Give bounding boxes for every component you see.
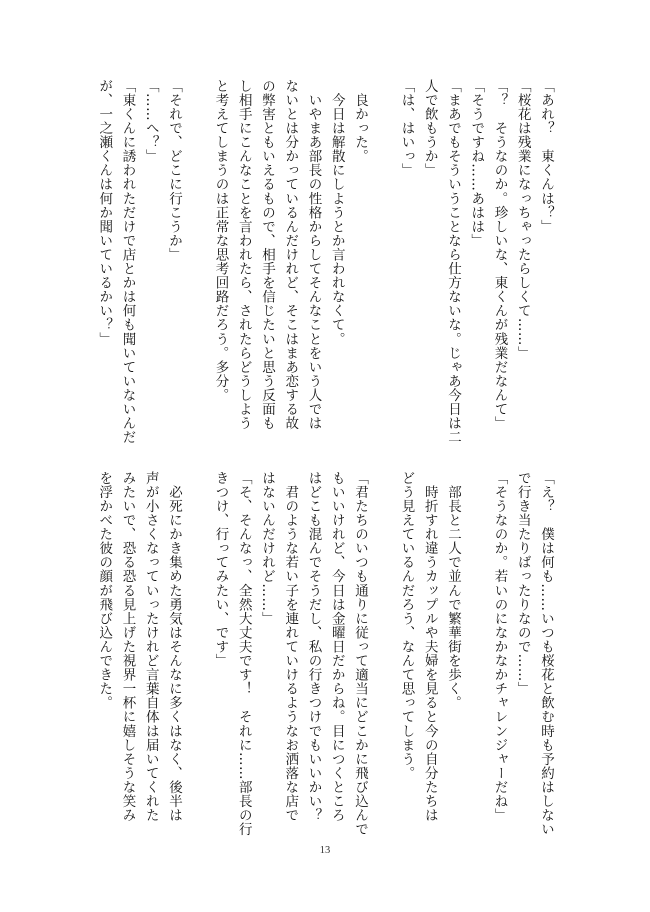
text-line: 「東くんに誘われただけで店とかは何も聞いていないんだ bbox=[115, 79, 138, 451]
text-line: 「え？ 僕は何も……いつも桜花と飲む時も予約はしない bbox=[534, 471, 557, 843]
text-line: 「桜花は残業になっちゃったらしくて……」 bbox=[511, 79, 534, 451]
text-line: 今日は解散にしようとか言われなくて。 bbox=[325, 79, 348, 451]
text-line: 「……へ？」 bbox=[139, 79, 162, 451]
text-line: もいいけれど、今日は金曜日だからね。目につくところ bbox=[325, 471, 348, 843]
text-line: 「そうなのか。若いのになかなかチャレンジャーだね」 bbox=[487, 471, 510, 843]
text-line: 時折すれ違うカップルや夫婦を見ると今の自分たちは bbox=[418, 471, 441, 843]
text-line: が、一之瀬くんは何か聞いているかい？」 bbox=[92, 79, 115, 451]
text-line: 「？ そうなのか。珍しいな、東くんが残業だなんて」 bbox=[487, 79, 510, 451]
text-line: どう見えているんだろう、なんて思ってしまう。 bbox=[394, 471, 417, 843]
text-line: ないとは分かっているんだけれど、そこはまあ恋する故 bbox=[278, 79, 301, 451]
text-line: 良かった。 bbox=[348, 79, 371, 451]
text-line: 「それで、どこに行こうか」 bbox=[162, 79, 185, 451]
text-line: 声が小さくなっていったけれど言葉自体は届いてくれた bbox=[139, 471, 162, 843]
text-line: の弊害ともいえるもので、相手を信じたいと思う反面も bbox=[255, 79, 278, 451]
text-line: みたいで、恐る恐る見上げた視界一杯に嬉しそうな笑み bbox=[115, 471, 138, 843]
text-line: 「まあでもそういうことなら仕方ないな。じゃあ今日は二 bbox=[441, 79, 464, 451]
blank-line bbox=[371, 79, 394, 451]
text-line: 「そ、そんなっ、全然大丈夫です！ それに……部長の行 bbox=[232, 471, 255, 843]
text-line: で行き当たりばったりなので……」 bbox=[511, 471, 534, 843]
text-line: きつけ、行ってみたい、です」 bbox=[208, 471, 231, 843]
text-line: 君のような若い子を連れていけるようなお洒落な店で bbox=[278, 471, 301, 843]
text-line: 必死にかき集めた勇気はそんなに多くはなく、後半は bbox=[162, 471, 185, 843]
text-line: いやまあ部長の性格からしてそんなことをいう人では bbox=[301, 79, 324, 451]
text-line: 「は、はいっ」 bbox=[394, 79, 417, 451]
blank-line bbox=[464, 471, 487, 843]
text-line: し相手にこんなことを言われたら、されたらどうしよう bbox=[232, 79, 255, 451]
text-line: と考えてしまうのは正常な思考回路だろう。多分。 bbox=[208, 79, 231, 451]
book-page: 「あれ？ 東くんは？」 「桜花は残業になっちゃったらしくて……」 「？ そうなの… bbox=[0, 0, 650, 912]
blank-line bbox=[185, 471, 208, 843]
text-line: 人で飲もうか」 bbox=[418, 79, 441, 451]
blank-line bbox=[371, 471, 394, 843]
text-line: を浮かべた彼の顔が飛び込んできた。 bbox=[92, 471, 115, 843]
lower-text-block: 「え？ 僕は何も……いつも桜花と飲む時も予約はしない で行き当たりばったりなので… bbox=[92, 471, 557, 843]
upper-text-block: 「あれ？ 東くんは？」 「桜花は残業になっちゃったらしくて……」 「？ そうなの… bbox=[92, 79, 557, 451]
text-line: はどこも混んでそうだし、私の行きつけでもいいかい？ bbox=[301, 471, 324, 843]
text-line: 「君たちのいつも通りに従って適当にどこかに飛び込んで bbox=[348, 471, 371, 843]
page-number: 13 bbox=[0, 845, 650, 856]
text-line: 「そうですね……あはは」 bbox=[464, 79, 487, 451]
text-line: 部長と二人で並んで繁華街を歩く。 bbox=[441, 471, 464, 843]
blank-line bbox=[185, 79, 208, 451]
text-line: はないんだけれど……」 bbox=[255, 471, 278, 843]
text-line: 「あれ？ 東くんは？」 bbox=[534, 79, 557, 451]
